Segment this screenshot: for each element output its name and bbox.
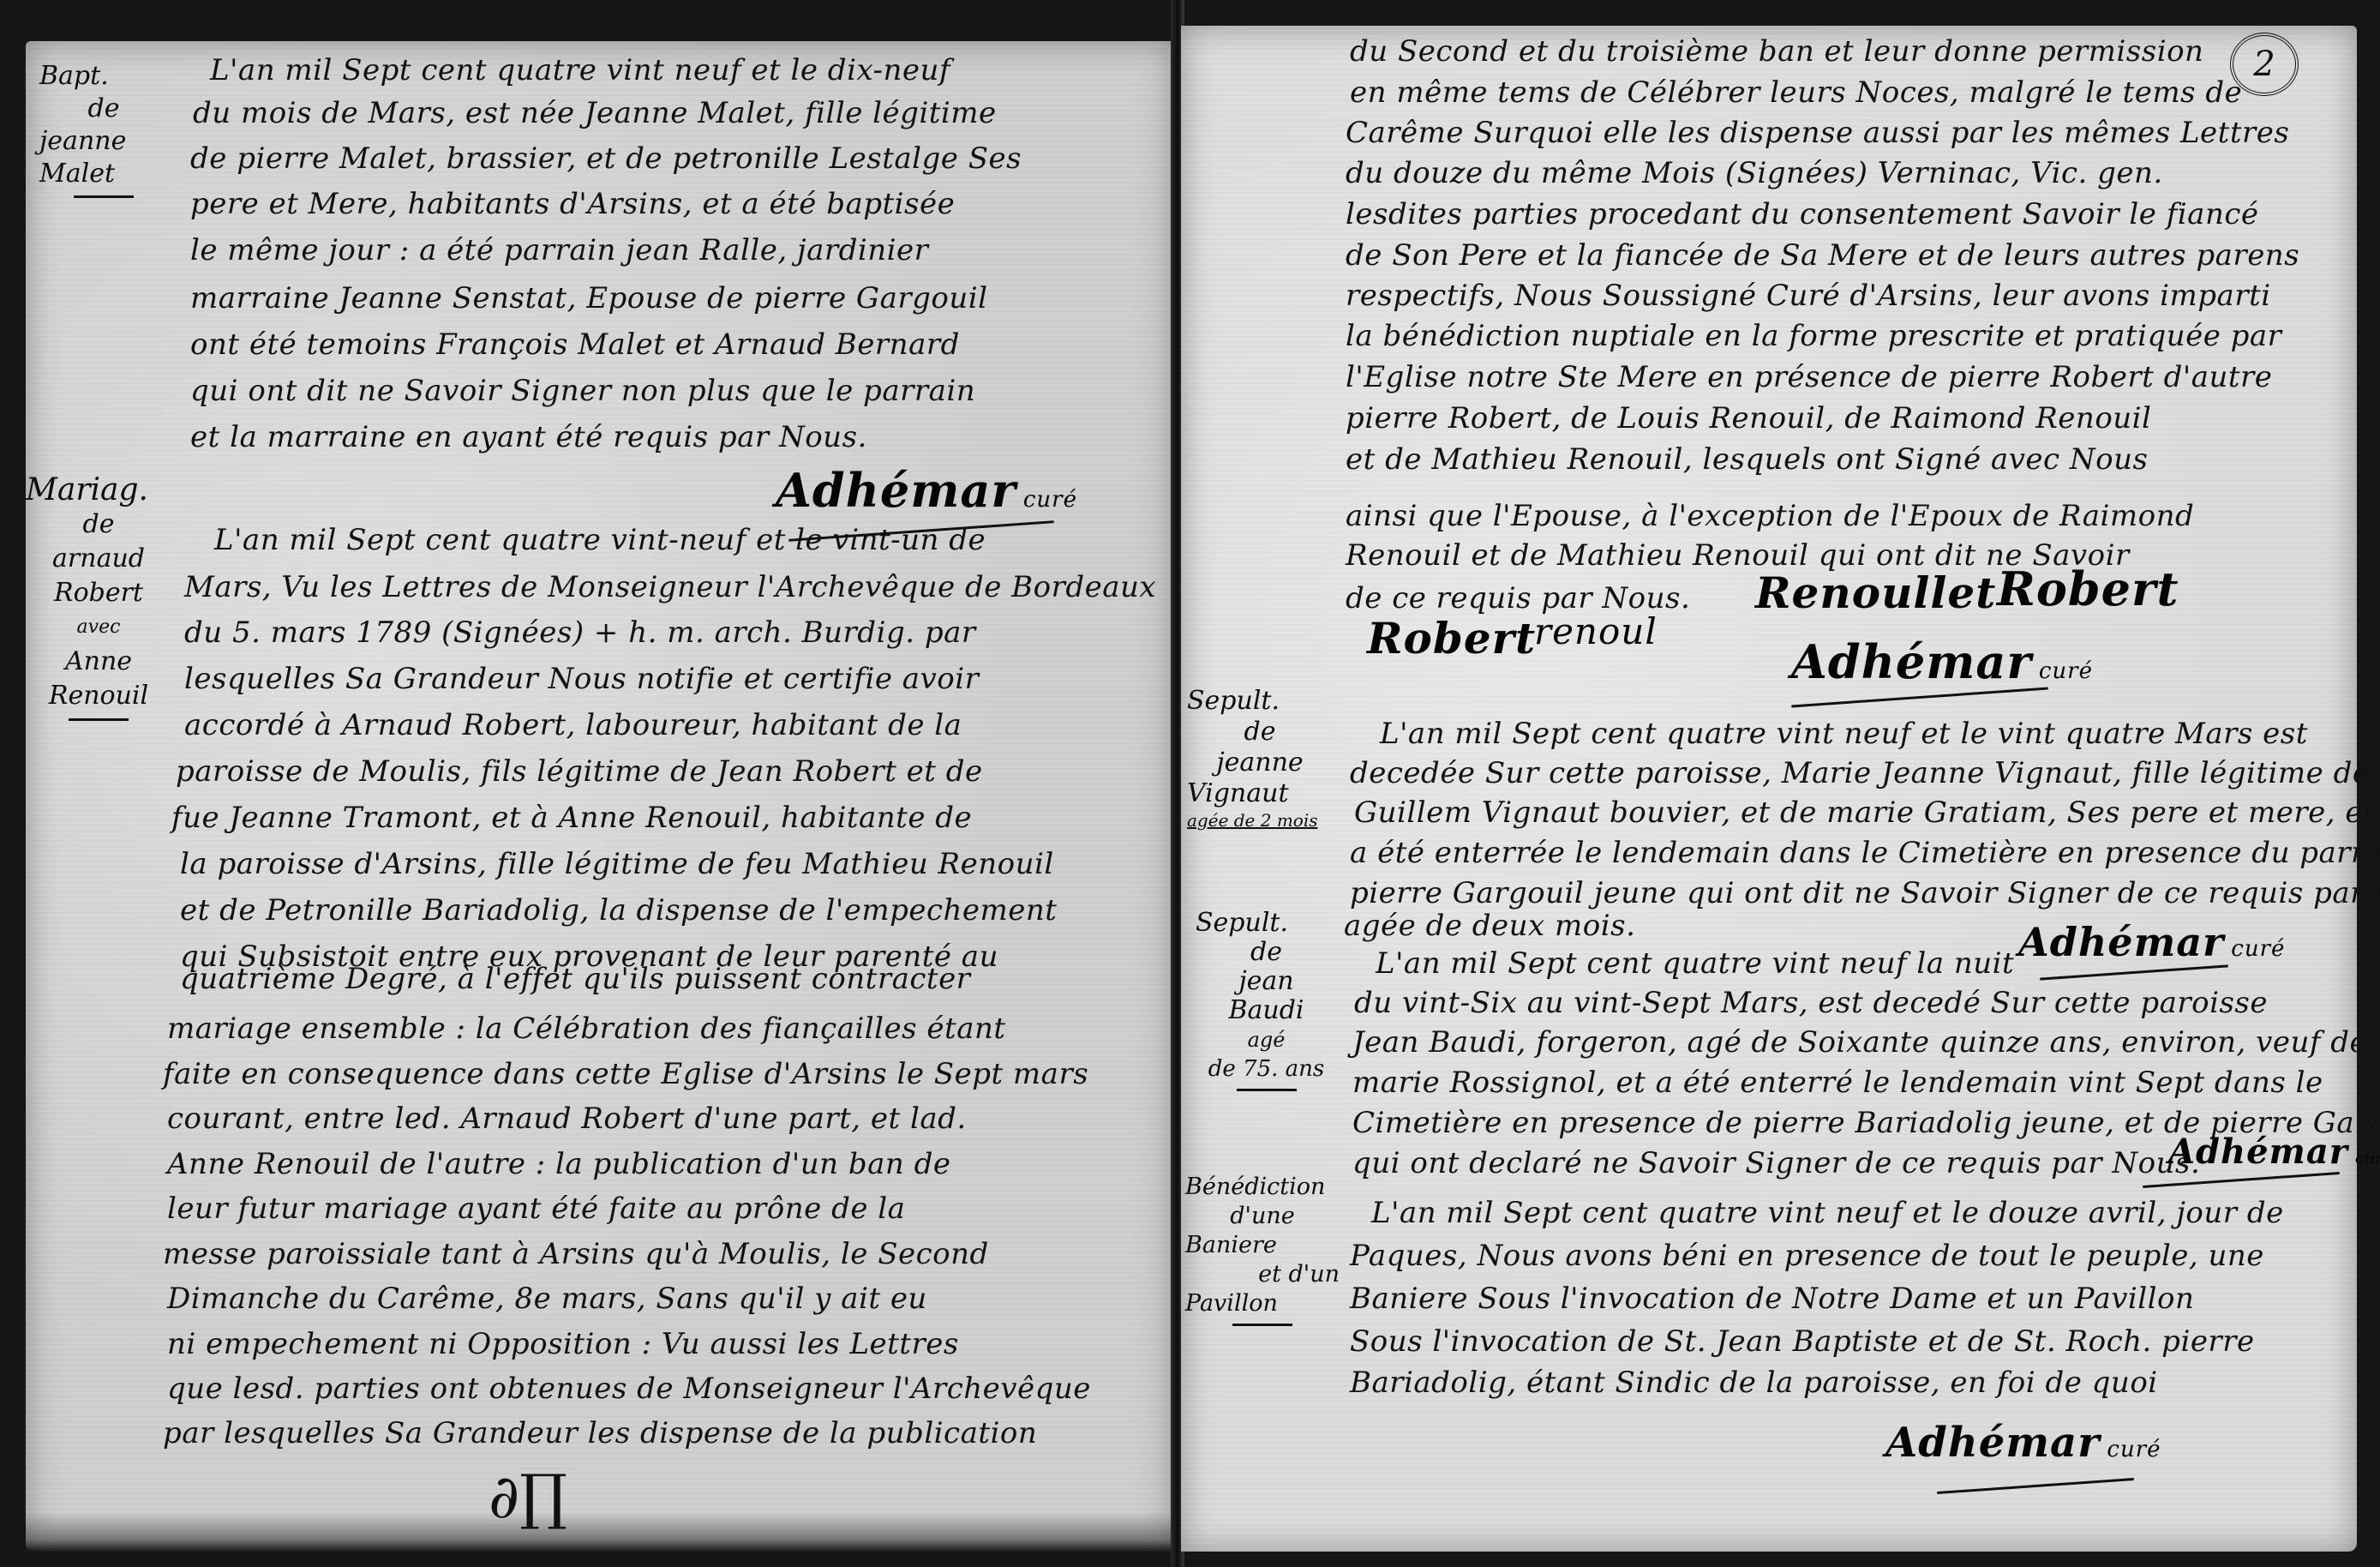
text-line: qui ont declaré ne Savoir Signer de ce r…	[1352, 1146, 2200, 1180]
text-line: du mois de Mars, est née Jeanne Malet, f…	[193, 96, 997, 130]
margin-line: Pavillon	[1185, 1289, 1340, 1318]
text-line: Anne Renouil de l'autre : la publication…	[167, 1147, 951, 1181]
text-line: L'an mil Sept cent quatre vint neuf et l…	[210, 53, 950, 87]
margin-line: de 75. ans	[1196, 1054, 1337, 1084]
text-line: ont été temoins François Malet et Arnaud…	[190, 327, 960, 362]
text-line: mariage ensemble : la Célébration des fi…	[167, 1012, 1006, 1046]
text-line: le même jour : a été parrain jean Ralle,…	[190, 233, 928, 267]
text-line: fue Jeanne Tramont, et à Anne Renouil, h…	[171, 801, 972, 835]
text-line: Jean Baudi, forgeron, agé de Soixante qu…	[1352, 1025, 2367, 1060]
text-line: Baniere Sous l'invocation de Notre Dame …	[1350, 1282, 2194, 1316]
text-line: L'an mil Sept cent quatre vint-neuf et l…	[214, 523, 986, 557]
text-line: que lesd. parties ont obtenues de Monsei…	[167, 1372, 1091, 1406]
text-line: la bénédiction nuptiale en la forme pres…	[1346, 319, 2281, 353]
margin-line: Mariag.	[26, 473, 171, 507]
text-line: lesdites parties procedant du consenteme…	[1346, 197, 2259, 231]
signature-party: renoul	[1534, 610, 1658, 652]
margin-note-burial-vignaut: Sepult. de jeanne Vignaut agée de 2 mois	[1187, 686, 1333, 832]
signature-title: curé	[2231, 936, 2285, 962]
catchword-flourish: ∂∏	[489, 1462, 567, 1532]
text-line: Carême Surquoi elle les dispense aussi p…	[1346, 116, 2289, 150]
margin-note-marriage: Mariag. de arnaud Robert avec Anne Renou…	[26, 473, 171, 721]
text-line: marraine Jeanne Senstat, Epouse de pierr…	[190, 281, 987, 315]
text-line: pierre Robert, de Louis Renouil, de Raim…	[1346, 401, 2151, 435]
signature-name: Adhémar	[1885, 1419, 2100, 1467]
text-line: pere et Mere, habitants d'Arsins, et a é…	[190, 187, 955, 221]
text-line: marie Rossignol, et a été enterré le len…	[1352, 1066, 2323, 1100]
text-line: a été enterrée le lendemain dans le Cime…	[1350, 836, 2380, 870]
margin-line: de	[39, 93, 168, 125]
text-line: Sous l'invocation de St. Jean Baptiste e…	[1350, 1324, 2255, 1359]
margin-line: de	[26, 507, 171, 542]
margin-line: Renouil	[26, 679, 171, 713]
margin-line: arnaud	[26, 542, 171, 576]
margin-line: jeanne	[1187, 747, 1333, 778]
margin-line: Bénédiction	[1185, 1173, 1340, 1202]
text-line: et la marraine en ayant été requis par N…	[190, 420, 867, 454]
margin-line: Baudi	[1196, 996, 1337, 1025]
text-line: paroisse de Moulis, fils légitime de Jea…	[176, 754, 983, 789]
text-line: Bariadolig, étant Sindic de la paroisse,…	[1350, 1366, 2158, 1400]
text-line: quatrième Degré, à l'effet qu'ils puisse…	[180, 962, 970, 996]
text-line: decedée Sur cette paroisse, Marie Jeanne…	[1350, 756, 2370, 790]
signature-title: curé	[2355, 1150, 2380, 1168]
margin-note-burial-baudi: Sepult. de jean Baudi agé de 75. ans	[1196, 909, 1337, 1091]
signature-party: Robert	[1367, 613, 1536, 663]
margin-rule	[74, 195, 134, 198]
margin-line: Sepult.	[1196, 909, 1337, 938]
text-line: faite en consequence dans cette Eglise d…	[163, 1057, 1088, 1091]
margin-line: de	[1187, 717, 1333, 747]
margin-line: d'une	[1185, 1202, 1340, 1231]
text-line: du vint-Six au vint-Sept Mars, est deced…	[1354, 986, 2268, 1020]
margin-line: Anne	[26, 645, 171, 679]
torn-bottom-edge	[26, 1512, 1174, 1552]
text-line: de Son Pere et la fiancée de Sa Mere et …	[1346, 238, 2299, 273]
signature-title: curé	[1023, 487, 1077, 513]
text-line: messe paroissiale tant à Arsins qu'à Mou…	[163, 1237, 989, 1271]
text-line: et de Petronille Bariadolig, la dispense…	[180, 893, 1057, 928]
text-line: L'an mil Sept cent quatre vint neuf la n…	[1376, 946, 2014, 981]
margin-line: avec	[26, 610, 171, 645]
text-line: la paroisse d'Arsins, fille légitime de …	[180, 847, 1054, 881]
signature-party: Robert	[1997, 561, 2179, 616]
margin-line: de	[1196, 938, 1337, 967]
signature-title: curé	[2107, 1437, 2161, 1462]
text-line: de pierre Malet, brassier, et de petroni…	[190, 141, 1022, 176]
margin-line: et d'un	[1185, 1260, 1340, 1289]
signature-name: Adhémar	[1791, 634, 2032, 689]
margin-line: Bapt.	[39, 60, 168, 93]
signature-title: curé	[2039, 658, 2093, 684]
margin-line: jean	[1196, 967, 1337, 996]
margin-line: jeanne	[39, 125, 168, 158]
text-line: courant, entre led. Arnaud Robert d'une …	[167, 1102, 967, 1136]
text-line: du 5. mars 1789 (Signées) + h. m. arch. …	[184, 615, 976, 650]
text-line: en même tems de Célébrer leurs Noces, ma…	[1350, 75, 2242, 110]
signature-name: Adhémar	[2168, 1132, 2348, 1172]
margin-note-baptism: Bapt. de jeanne Malet	[39, 60, 168, 198]
signature-curate: Adhémarcuré	[1791, 634, 2093, 689]
signature-curate: Adhémarcuré	[2168, 1132, 2380, 1172]
text-line: qui ont dit ne Savoir Signer non plus qu…	[190, 374, 975, 408]
margin-rule	[1232, 1324, 1292, 1326]
margin-line: Baniere	[1185, 1231, 1340, 1260]
margin-line: agée de 2 mois	[1187, 809, 1333, 832]
margin-line: Sepult.	[1187, 686, 1333, 717]
text-line: par lesquelles Sa Grandeur les dispense …	[163, 1416, 1037, 1450]
text-line: Guillem Vignaut bouvier, et de marie Gra…	[1354, 796, 2375, 830]
signature-party: Renoullet	[1755, 567, 1996, 618]
text-line: Mars, Vu les Lettres de Monseigneur l'Ar…	[184, 570, 1156, 604]
text-line: accordé à Arnaud Robert, laboureur, habi…	[184, 708, 962, 742]
text-line: Paques, Nous avons béni en presence de t…	[1350, 1239, 2264, 1273]
margin-line: Robert	[26, 576, 171, 610]
signature-name: Adhémar	[2018, 919, 2224, 965]
left-page	[26, 41, 1174, 1552]
text-line: respectifs, Nous Soussigné Curé d'Arsins…	[1346, 279, 2271, 313]
text-line: lesquelles Sa Grandeur Nous notifie et c…	[184, 662, 979, 696]
margin-rule	[69, 718, 129, 721]
text-line: L'an mil Sept cent quatre vint neuf et l…	[1371, 1196, 2284, 1230]
text-line: ni empechement ni Opposition : Vu aussi …	[167, 1327, 959, 1361]
text-line: pierre Gargouil jeune qui ont dit ne Sav…	[1350, 876, 2380, 910]
signature-curate: Adhémarcuré	[2018, 919, 2285, 965]
margin-line: Malet	[39, 158, 168, 190]
text-line: agée de deux mois.	[1344, 909, 1635, 943]
text-line: leur futur mariage ayant été faite au pr…	[167, 1192, 905, 1226]
text-line: Dimanche du Carême, 8e mars, Sans qu'il …	[167, 1282, 927, 1316]
margin-rule	[1237, 1089, 1297, 1091]
text-line: du Second et du troisième ban et leur do…	[1350, 34, 2203, 69]
text-line: L'an mil Sept cent quatre vint neuf et l…	[1380, 717, 2308, 751]
text-line: du douze du même Mois (Signées) Verninac…	[1346, 156, 2163, 190]
text-line: l'Eglise notre Ste Mere en présence de p…	[1346, 360, 2272, 394]
text-line: ainsi que l'Epouse, à l'exception de l'E…	[1346, 499, 2194, 533]
margin-line: agé	[1196, 1025, 1337, 1054]
text-line: et de Mathieu Renouil, lesquels ont Sign…	[1346, 442, 2148, 477]
signature-curate: Adhémarcuré	[1885, 1419, 2161, 1467]
signature-name: Adhémar	[776, 463, 1016, 518]
signature-curate: Adhémarcuré	[776, 463, 1077, 518]
margin-line: Vignaut	[1187, 778, 1333, 809]
margin-note-blessing: Bénédiction d'une Baniere et d'un Pavill…	[1185, 1173, 1340, 1326]
